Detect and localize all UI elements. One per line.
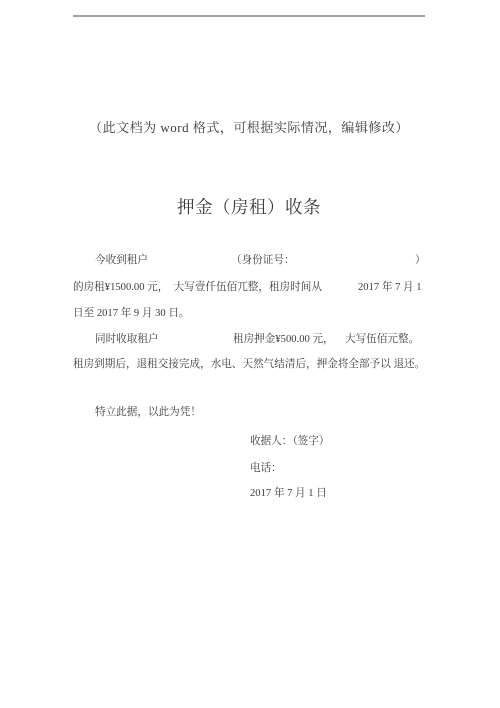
closing-statement-text: 特立此据，以此为凭！ — [95, 405, 201, 420]
rent-start-date: 2017 年 7 月 1 — [358, 280, 422, 295]
body-line-rent-amount: 的房租¥1500.00 元， 大写壹仟伍佰兀整，租房时间从 2017 年 7 月… — [0, 280, 500, 295]
id-number-close-paren: ） — [415, 253, 426, 268]
document-title: 押金（房租）收条 — [73, 196, 425, 219]
signature-date-line: 2017 年 7 月 1 日 — [0, 486, 500, 501]
refund-terms-text: 租房到期后，退租交接完成，水电、天然气结清后，押金将全部予以 退还。 — [73, 357, 425, 372]
body-line-tenant: 今收到租户 （身份证号： ） — [0, 253, 500, 268]
closing-statement-line: 特立此据，以此为凭！ — [0, 405, 500, 420]
deposit-caps-text: 大写伍佰元整。 — [345, 332, 419, 347]
signature-phone-line: 电话： — [0, 461, 500, 476]
id-number-label: （身份证号： — [231, 253, 295, 268]
deposit-amount-text: 租房押金¥500.00 元， — [233, 332, 334, 347]
deposit-lead-text: 同时收取租户 — [95, 332, 159, 347]
signature-receiver-line: 收据人：（签字） — [0, 434, 500, 449]
signature-date-text: 2017 年 7 月 1 日 — [250, 486, 327, 501]
rent-amount-text: 的房租¥1500.00 元， 大写壹仟伍佰兀整，租房时间从 — [73, 280, 322, 295]
top-horizontal-rule — [73, 15, 425, 17]
tenant-lead-text: 今收到租户 — [95, 253, 148, 268]
body-line-deposit: 同时收取租户 租房押金¥500.00 元， 大写伍佰元整。 — [0, 332, 500, 347]
body-line-rent-end-date: 日至 2017 年 9 月 30 日。 — [0, 306, 500, 321]
rent-end-date-text: 日至 2017 年 9 月 30 日。 — [73, 306, 190, 321]
body-line-refund-terms: 租房到期后，退租交接完成，水电、天然气结清后，押金将全部予以 退还。 — [0, 357, 500, 372]
receipt-document-page: （此文档为 word 格式，可根据实际情况，编辑修改） 押金（房租）收条 今收到… — [0, 0, 500, 708]
editable-format-note: （此文档为 word 格式，可根据实际情况，编辑修改） — [73, 119, 425, 136]
phone-label: 电话： — [250, 461, 282, 476]
receiver-signature-label: 收据人：（签字） — [250, 434, 329, 449]
